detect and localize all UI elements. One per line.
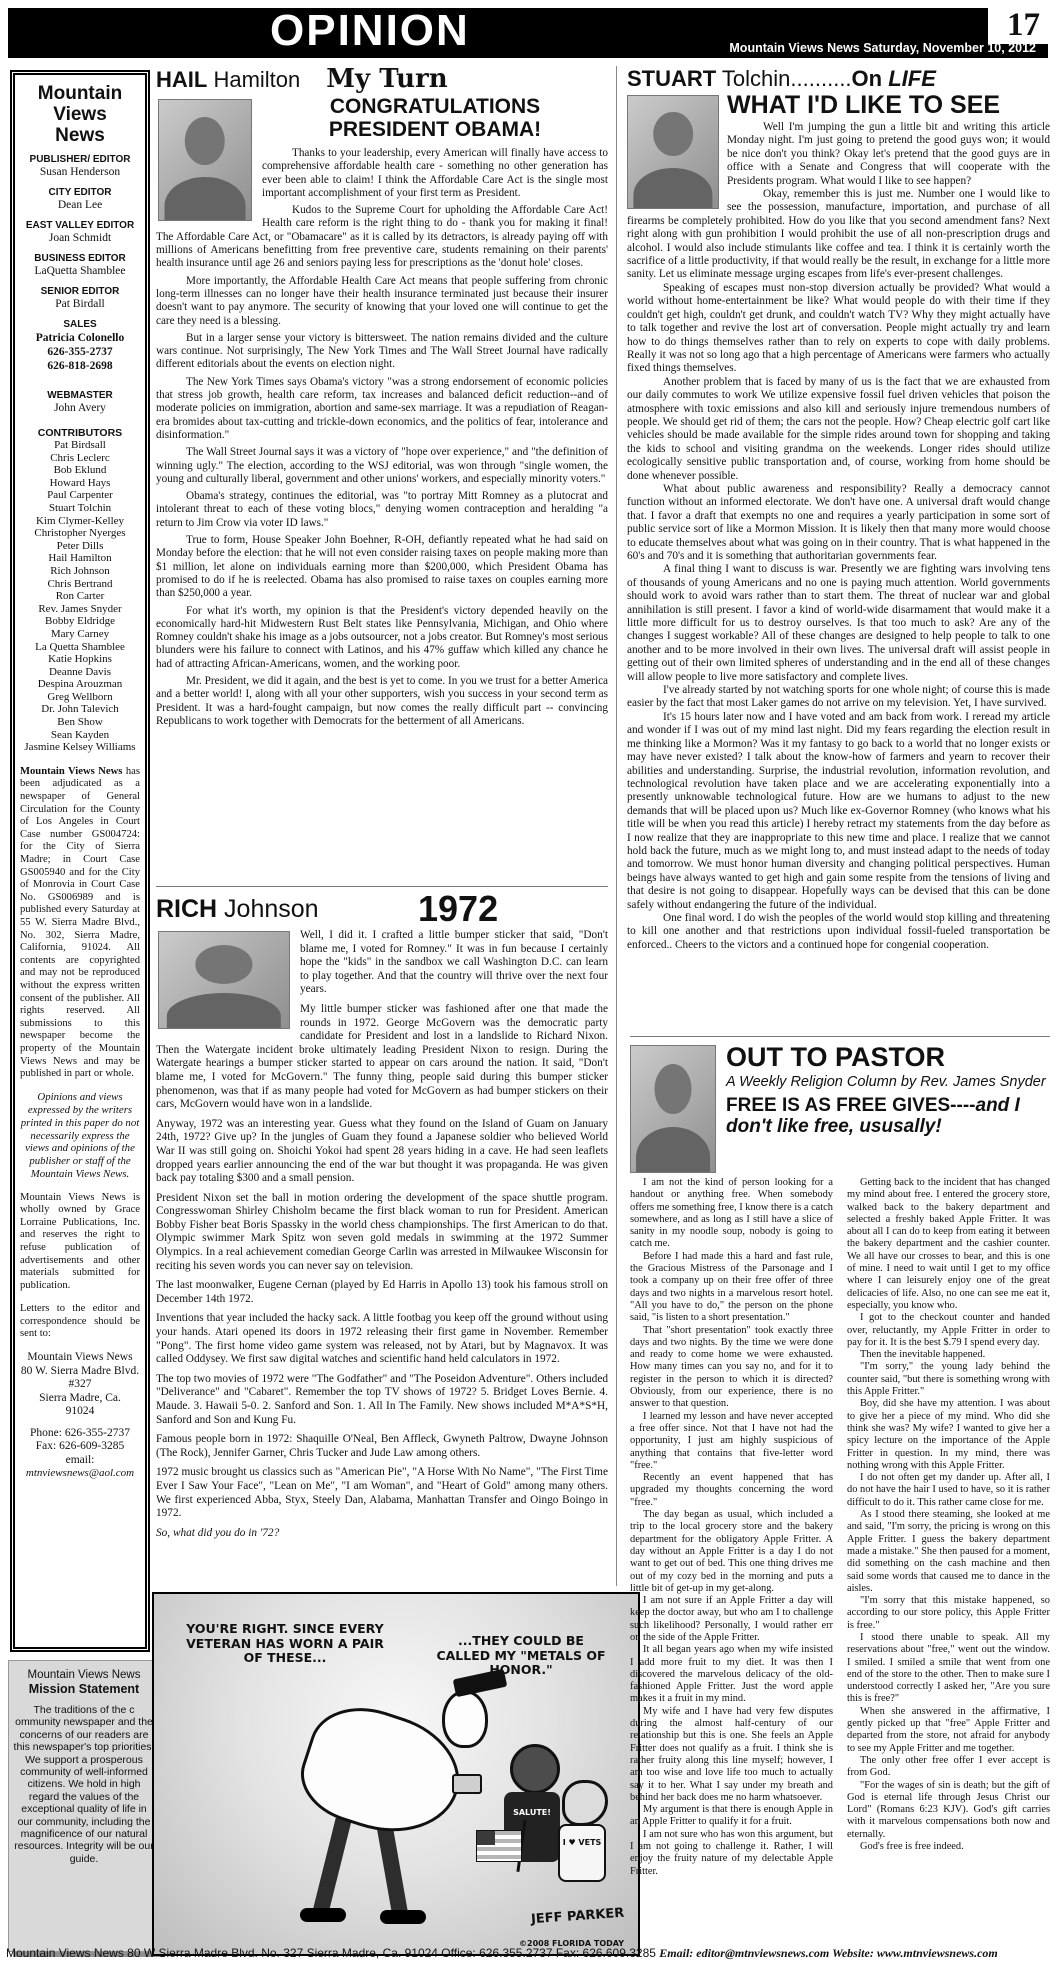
james-snyder-photo <box>630 1045 716 1173</box>
paragraph: Another problem that is faced by many of… <box>627 376 1050 483</box>
paragraph: President Nixon set the ball in motion o… <box>156 1192 608 1274</box>
johnson-byline: RICH Johnson1972 <box>156 895 608 929</box>
stuart-tolchin-photo <box>627 95 719 209</box>
paragraph: More importantly, the Affordable Health … <box>156 275 608 328</box>
sales-phone: 626-355-2737 <box>20 345 140 359</box>
role-label: SALES <box>20 318 140 331</box>
contributor-name: Bob Eklund <box>20 464 140 477</box>
paragraph: Before I had made this a hard and fast r… <box>630 1251 833 1325</box>
dog-tags <box>452 1774 482 1794</box>
role-label: BUSINESS EDITOR <box>20 252 140 265</box>
paragraph: One final word. I do wish the peoples of… <box>627 912 1050 952</box>
paragraph: It's 15 hours later now and I have voted… <box>627 711 1050 912</box>
paragraph: The last moonwalker, Eugene Cernan (play… <box>156 1279 608 1306</box>
paragraph: I learned my lesson and have never accep… <box>630 1411 833 1472</box>
contributor-name: Chris Leclerc <box>20 452 140 465</box>
role-name: Pat Birdall <box>20 298 140 311</box>
contributor-name: Deanne Davis <box>20 666 140 679</box>
byline-last: Johnson <box>217 895 318 923</box>
paragraph: The only other free offer I ever accept … <box>847 1755 1050 1780</box>
contributor-name: Despina Arouzman <box>20 678 140 691</box>
paragraph: That "short presentation" took exactly t… <box>630 1325 833 1411</box>
headline-bold: FREE IS AS FREE GIVES---- <box>726 1095 976 1116</box>
dateline: Mountain Views News Saturday, November 1… <box>729 41 1036 55</box>
contributor-name: Katie Hopkins <box>20 653 140 666</box>
mission-statement-box: Mountain Views News Mission Statement Th… <box>8 1660 160 1952</box>
contact-block: Phone: 626-355-2737Fax: 626-609-3285emai… <box>20 1427 140 1468</box>
paragraph: What about public awareness and responsi… <box>627 483 1050 563</box>
paragraph: As I stood there steaming, she looked at… <box>847 1509 1050 1595</box>
paragraph: I am not sure who has won this argument,… <box>630 1829 833 1878</box>
paragraph: My wife and I have had very few disputes… <box>630 1706 833 1804</box>
letters-intro: Letters to the editor and correspondence… <box>20 1303 140 1341</box>
hamilton-flow: CONGRATULATIONS PRESIDENT OBAMA! Thanks … <box>156 95 608 728</box>
footer-email: editor@mtnviewsnews.com <box>693 1946 832 1960</box>
contributor-name: Stuart Tolchin <box>20 502 140 515</box>
contributors-label: CONTRIBUTORS <box>20 427 140 439</box>
mailing-address: Mountain Views News80 W. Sierra Madre Bl… <box>20 1351 140 1419</box>
contributor-name: Chris Bertrand <box>20 578 140 591</box>
contributor-name: Paul Carpenter <box>20 489 140 502</box>
contributor-name: Ron Carter <box>20 590 140 603</box>
contributor-name: Ben Show <box>20 716 140 729</box>
paragraph: Obama's strategy, continues the editoria… <box>156 490 608 530</box>
contact-line: Fax: 626-609-3285 <box>20 1440 140 1454</box>
role-name: John Avery <box>20 402 140 415</box>
article-pastor: OUT TO PASTOR A Weekly Religion Column b… <box>630 1036 1050 1952</box>
contributor-name: Rich Johnson <box>20 565 140 578</box>
paragraph: I got to the checkout counter and handed… <box>847 1312 1050 1349</box>
tolchin-body: Well I'm jumping the gun a little bit an… <box>627 121 1050 952</box>
contributor-name: Dr. John Talevich <box>20 703 140 716</box>
contributor-name: Rev. James Snyder <box>20 603 140 616</box>
paragraph: God's free is free indeed. <box>847 1841 1050 1853</box>
contributor-name: Kim Clymer-Kelley <box>20 515 140 528</box>
hamilton-body: Thanks to your leadership, every America… <box>156 147 608 728</box>
page-number-notch: 17 <box>988 8 1048 44</box>
role-label: CITY EDITOR <box>20 186 140 199</box>
role-name: Joan Schmidt <box>20 232 140 245</box>
column-name: My Turn <box>326 66 447 94</box>
contact-line: Phone: 626-355-2737 <box>20 1427 140 1441</box>
paragraph: I've already started by not watching spo… <box>627 684 1050 711</box>
byline-first: RICH <box>156 895 217 923</box>
byline-first: HAIL <box>156 67 207 92</box>
masthead-title: Mountain Views News <box>20 83 140 146</box>
cartoon-speech-right: ...THEY COULD BE CALLED MY "METALS OF HO… <box>436 1634 606 1678</box>
address-line: 91024 <box>20 1405 140 1419</box>
paragraph: Getting back to the incident that has ch… <box>847 1177 1050 1312</box>
contributor-name: Christopher Nyerges <box>20 527 140 540</box>
paragraph: Famous people born in 1972: Shaquille O'… <box>156 1433 608 1460</box>
masthead-title-line: Mountain <box>20 83 140 104</box>
johnson-closing: So, what did you do in '72? <box>156 1527 608 1541</box>
paragraph: 1972 music brought us classics such as "… <box>156 1466 608 1520</box>
mission-body: The traditions of the c ommunity newspap… <box>13 1704 155 1865</box>
role-name: Susan Henderson <box>20 166 140 179</box>
editorial-cartoon: YOU'RE RIGHT. SINCE EVERY VETERAN HAS WO… <box>152 1592 640 1956</box>
byline-first: STUART <box>627 66 716 91</box>
footer-email-label: Email: <box>659 1946 693 1960</box>
paragraph: My argument is that there is enough Appl… <box>630 1804 833 1829</box>
role-label: SENIOR EDITOR <box>20 285 140 298</box>
footer-website: www.mtnviewsnews.com <box>874 1946 998 1960</box>
role-name: LaQuetta Shamblee <box>20 265 140 278</box>
contributor-name: Sean Kayden <box>20 729 140 742</box>
contributor-name: Peter Dills <box>20 540 140 553</box>
legal-text: has been adjudicated as a newspaper of G… <box>20 766 140 1079</box>
footer-text: Mountain Views News 80 W Sierra Madre Bl… <box>6 1946 659 1960</box>
paragraph: Inventions that year included the hacky … <box>156 1312 608 1366</box>
section-banner: OPINION 17 Mountain Views News Saturday,… <box>8 8 1048 58</box>
paragraph: The Wall Street Journal says it was a vi… <box>156 446 608 486</box>
address-line: 80 W. Sierra Madre Blvd. <box>20 1365 140 1379</box>
opinions-disclaimer: Opinions and views expressed by the writ… <box>20 1091 140 1181</box>
role-name: Dean Lee <box>20 199 140 212</box>
rich-johnson-photo <box>158 931 290 1029</box>
contributors-list: Pat BirdsallChris LeclercBob EklundHowar… <box>20 439 140 754</box>
address-line: Sierra Madre, Ca. <box>20 1392 140 1406</box>
veteran-shoe <box>380 1910 426 1924</box>
masthead-email: mtnviewsnews@aol.com <box>20 1467 140 1479</box>
paragraph: When she answered in the affirmative, I … <box>847 1706 1050 1755</box>
veteran-head <box>442 1690 488 1748</box>
paragraph: "For the wages of sin is death; but the … <box>847 1780 1050 1841</box>
contributor-name: Jasmine Kelsey Williams <box>20 741 140 754</box>
byline-last: Hamilton <box>207 67 300 92</box>
headline-line: PRESIDENT OBAMA! <box>329 118 541 141</box>
kid-two-shirt: I ♥ VETS <box>558 1824 606 1882</box>
paragraph: The top two movies of 1972 were "The God… <box>156 1373 608 1427</box>
johnson-headline: 1972 <box>418 895 498 923</box>
masthead-sidebar: Mountain Views News PUBLISHER/ EDITOR Su… <box>10 70 150 1652</box>
paragraph: Then the inevitable happened. <box>847 1349 1050 1361</box>
legal-notice: Mountain Views News has been adjudicated… <box>20 766 140 1081</box>
sales-phone: 626-818-2698 <box>20 359 140 373</box>
contact-line: email: <box>20 1454 140 1468</box>
mission-title: Mountain Views News <box>13 1669 155 1682</box>
role-label: WEBMASTER <box>20 389 140 402</box>
paragraph: A final thing I want to discuss is war. … <box>627 563 1050 684</box>
byline-last: Tolchin.......... <box>716 66 851 91</box>
american-flag <box>476 1830 522 1862</box>
contributor-name: Pat Birdsall <box>20 439 140 452</box>
hamilton-byline: HAIL HamiltonMy Turn <box>156 66 608 93</box>
contributor-name: Mary Carney <box>20 628 140 641</box>
veteran-leg <box>376 1821 408 1914</box>
footer-website-label: Website: <box>832 1946 874 1960</box>
paragraph: Boy, did she have my attention. I was ab… <box>847 1398 1050 1472</box>
johnson-flow: Well, I did it. I crafted a little bumpe… <box>156 929 608 1540</box>
paragraph: For what it's worth, my opinion is that … <box>156 605 608 671</box>
hail-hamilton-photo <box>158 99 252 221</box>
tolchin-flow: WHAT I'D LIKE TO SEE Well I'm jumping th… <box>627 92 1050 952</box>
kid-two-head <box>562 1780 608 1826</box>
paragraph: Speaking of escapes must non-stop divers… <box>627 282 1050 376</box>
role-name: Patricia Colonello <box>20 331 140 345</box>
role-label: PUBLISHER/ EDITOR <box>20 153 140 166</box>
paragraph: True to form, House Speaker John Boehner… <box>156 534 608 600</box>
masthead-title-line: Views <box>20 104 140 125</box>
byline-on: On <box>852 66 889 91</box>
article-johnson: RICH Johnson1972 Well, I did it. I craft… <box>156 886 608 1588</box>
paragraph: I am not sure if an Apple Fritter a day … <box>630 1595 833 1644</box>
cartoon-speech-left: YOU'RE RIGHT. SINCE EVERY VETERAN HAS WO… <box>180 1622 390 1666</box>
article-hamilton: HAIL HamiltonMy Turn CONGRATULATIONS PRE… <box>156 66 608 884</box>
paragraph: I stood there unable to speak. All my re… <box>847 1632 1050 1706</box>
legal-bold: Mountain Views News <box>20 766 122 777</box>
veteran-shoe <box>300 1908 346 1922</box>
cartoonist-signature: JEFF PARKER <box>530 1906 624 1927</box>
masthead-title-line: News <box>20 125 140 146</box>
article-tolchin: STUART Tolchin..........On LIFE WHAT I'D… <box>627 66 1050 1034</box>
page-footer: Mountain Views News 80 W Sierra Madre Bl… <box>6 1946 1052 1961</box>
contributor-name: Greg Wellborn <box>20 691 140 704</box>
paragraph: Mr. President, we did it again, and the … <box>156 675 608 728</box>
paragraph: Recently an event happened that has upgr… <box>630 1472 833 1509</box>
pastor-body: I am not the kind of person looking for … <box>630 1177 1050 1878</box>
paragraph: I am not the kind of person looking for … <box>630 1177 833 1251</box>
paragraph: It all began years ago when my wife insi… <box>630 1644 833 1705</box>
veteran-leg <box>313 1817 352 1914</box>
newspaper-page: OPINION 17 Mountain Views News Saturday,… <box>0 0 1056 1965</box>
column-divider <box>616 66 617 1586</box>
section-title: OPINION <box>270 6 470 56</box>
paragraph: The New York Times says Obama's victory … <box>156 376 608 442</box>
paragraph: The day began as usual, which included a… <box>630 1509 833 1595</box>
paragraph: Anyway, 1972 was an interesting year. Gu… <box>156 1118 608 1186</box>
ownership-notice: Mountain Views News is wholly owned by G… <box>20 1192 140 1293</box>
paragraph: "I'm sorry that this mistake happened, s… <box>847 1595 1050 1632</box>
contributor-name: Howard Hays <box>20 477 140 490</box>
contributor-name: Hail Hamilton <box>20 552 140 565</box>
paragraph: But in a larger sense your victory is bi… <box>156 332 608 372</box>
contributor-name: Bobby Eldridge <box>20 615 140 628</box>
kid-one-head <box>510 1744 560 1794</box>
address-line: Mountain Views News <box>20 1351 140 1365</box>
page-number: 17 <box>988 8 1048 42</box>
contributor-name: La Quetta Shamblee <box>20 641 140 654</box>
address-line: #327 <box>20 1378 140 1392</box>
tolchin-byline: STUART Tolchin..........On LIFE <box>627 66 1050 92</box>
headline-line: CONGRATULATIONS <box>330 95 540 118</box>
mission-subtitle: Mission Statement <box>13 1682 155 1696</box>
paragraph: "I'm sorry," the young lady behind the c… <box>847 1361 1050 1398</box>
role-label: EAST VALLEY EDITOR <box>20 219 140 232</box>
byline-life: LIFE <box>888 66 936 91</box>
paragraph: I do not often get my dander up. After a… <box>847 1472 1050 1509</box>
